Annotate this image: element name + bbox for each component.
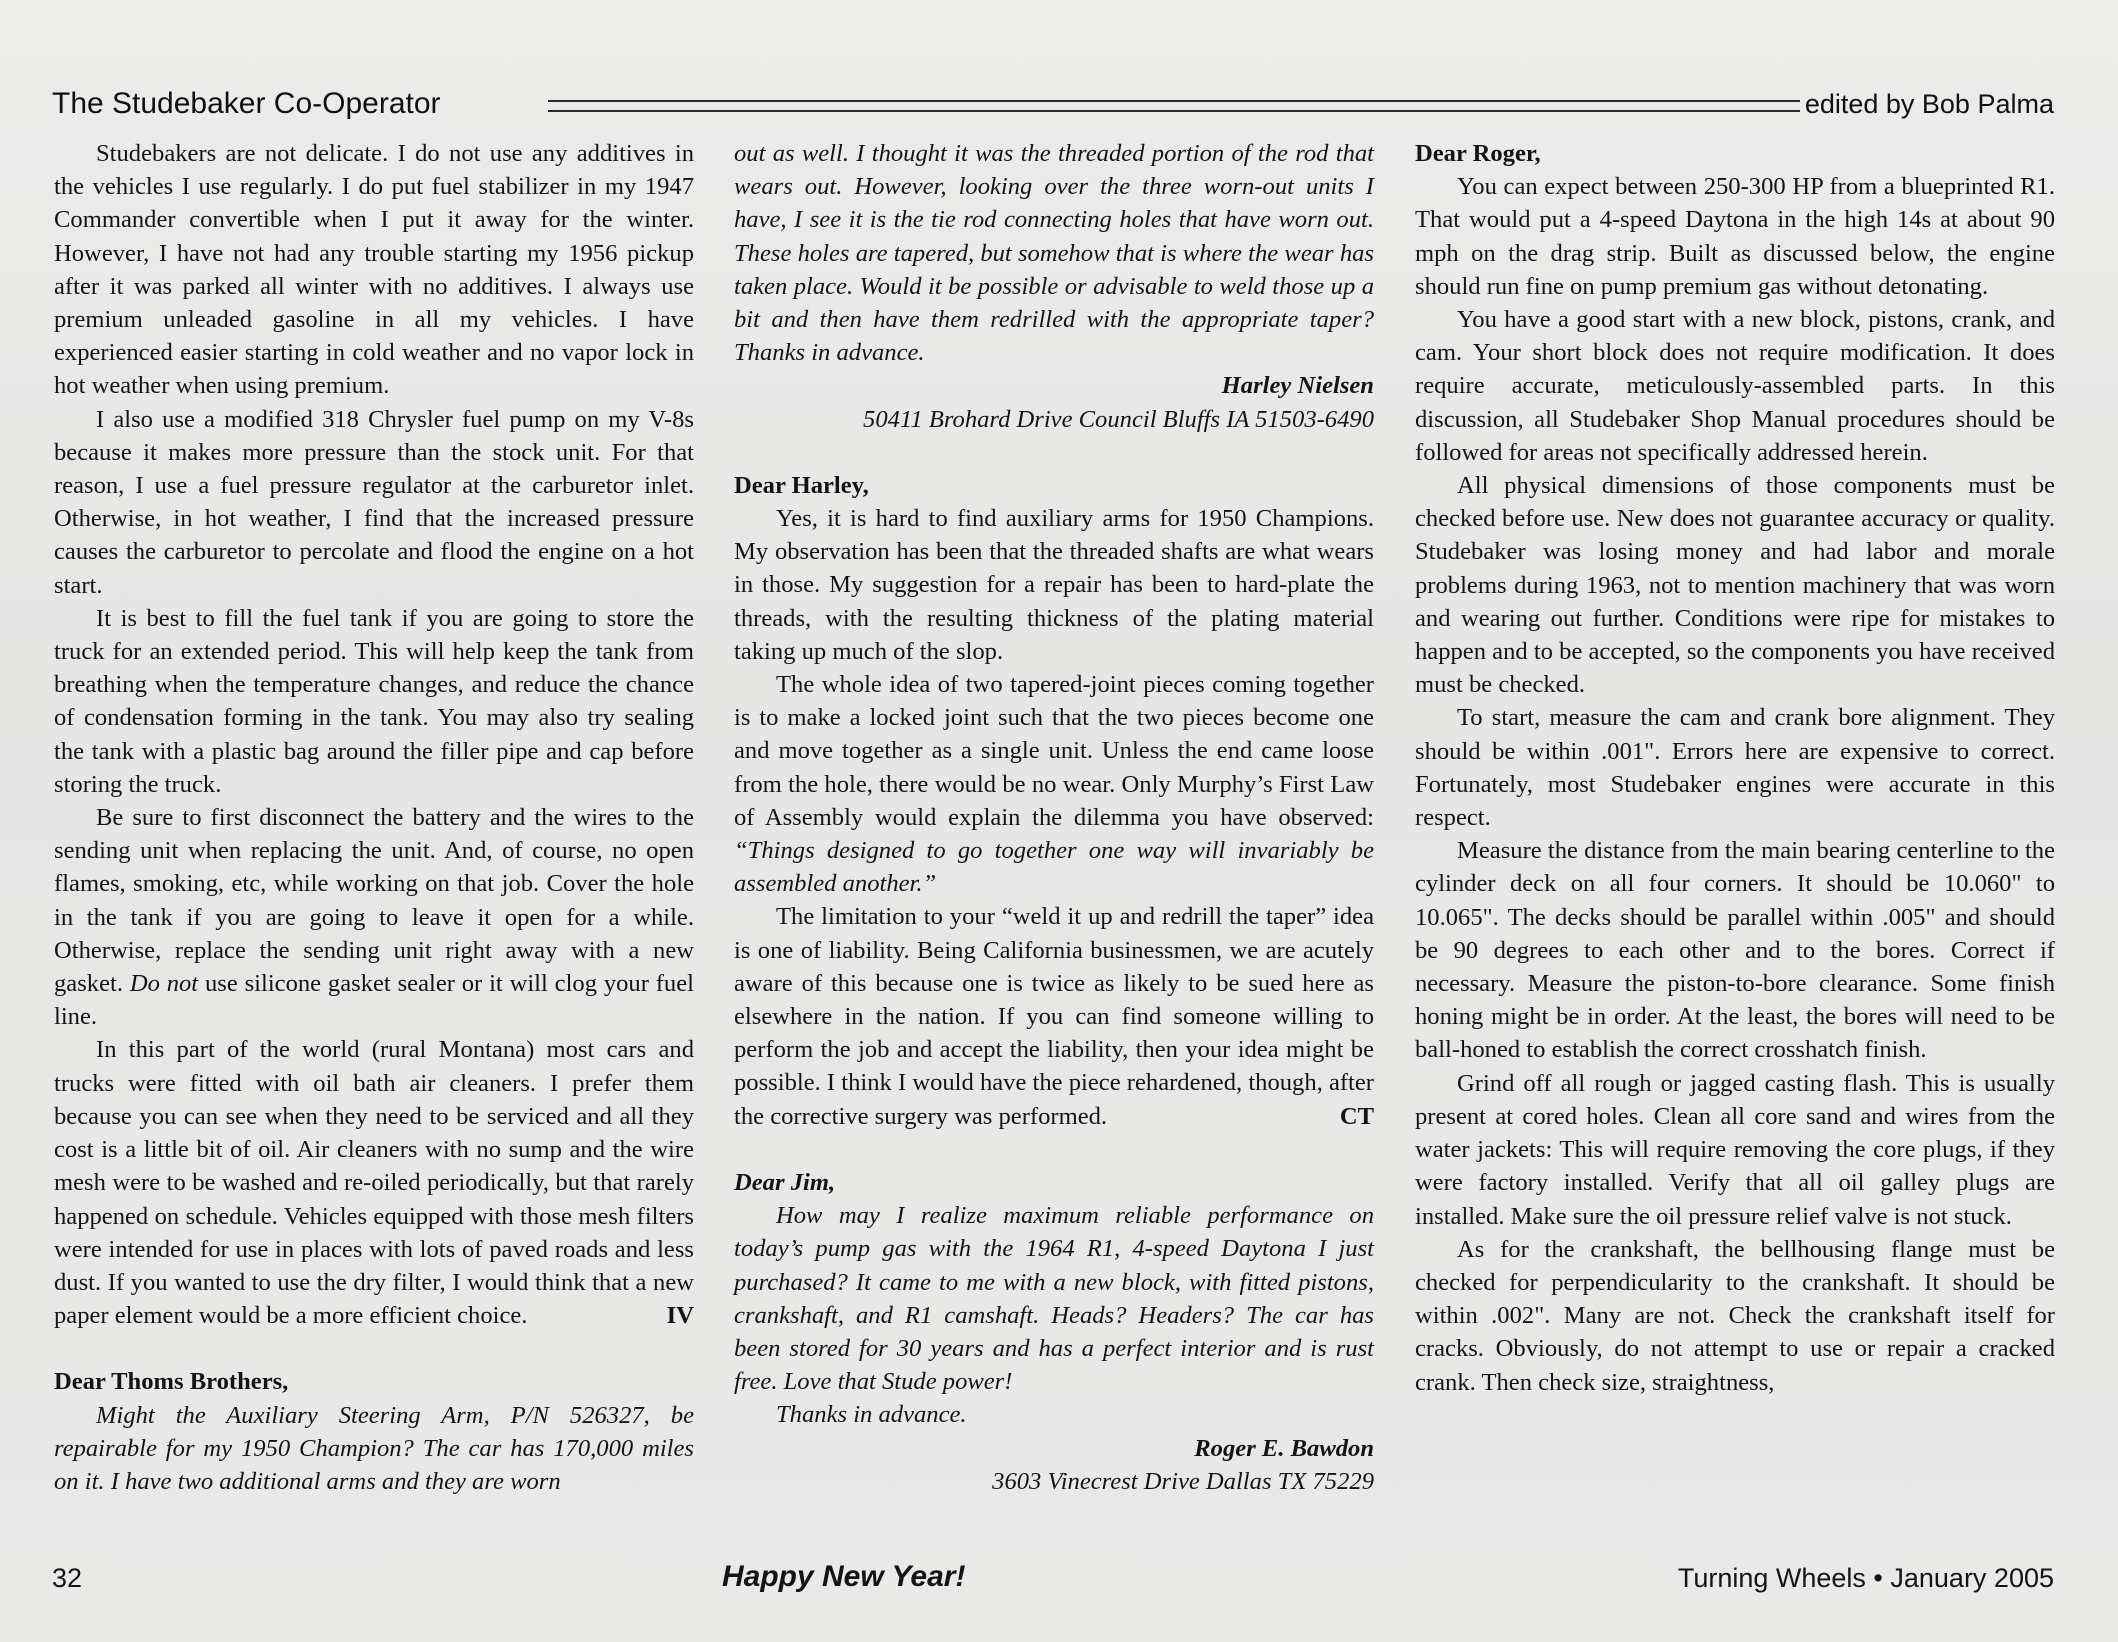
- spacer: [54, 1332, 694, 1365]
- footer-greeting: Happy New Year!: [722, 1560, 965, 1594]
- section-title: The Studebaker Co-Operator: [52, 86, 441, 122]
- author-initials: IV: [625, 1299, 694, 1332]
- paragraph: You can expect between 250-300 HP from a…: [1415, 170, 2055, 303]
- column-1: Studebakers are not delicate. I do not u…: [54, 137, 694, 1498]
- letter-address: 50411 Brohard Drive Council Bluffs IA 51…: [734, 403, 1374, 436]
- emphasis: Do not: [130, 970, 198, 997]
- reply-salutation: Dear Roger,: [1415, 137, 2055, 170]
- letter-closing: Thanks in advance.: [734, 1398, 1374, 1431]
- spacer: [734, 436, 1374, 469]
- paragraph: To start, measure the cam and crank bore…: [1415, 701, 2055, 834]
- paragraph: Grind off all rough or jagged casting fl…: [1415, 1067, 2055, 1233]
- letter-salutation: Dear Thoms Brothers,: [54, 1365, 694, 1398]
- publication-info: Turning Wheels • January 2005: [1678, 1562, 2054, 1594]
- paragraph: Measure the distance from the main beari…: [1415, 834, 2055, 1066]
- reply-salutation: Dear Harley,: [734, 469, 1374, 502]
- article-body: Studebakers are not delicate. I do not u…: [54, 137, 2054, 1537]
- quote: “Things designed to go together one way …: [734, 837, 1374, 897]
- page-header: The Studebaker Co-Operator edited by Bob…: [52, 86, 2054, 126]
- paragraph: In this part of the world (rural Montana…: [54, 1033, 694, 1332]
- paragraph: The whole idea of two tapered-joint piec…: [734, 668, 1374, 900]
- paragraph: Be sure to first disconnect the battery …: [54, 801, 694, 1033]
- editor-credit: edited by Bob Palma: [1805, 86, 2054, 122]
- paragraph: As for the crankshaft, the bellhousing f…: [1415, 1233, 2055, 1399]
- letter-signature: Harley Nielsen: [734, 369, 1374, 402]
- paragraph: All physical dimensions of those compone…: [1415, 469, 2055, 701]
- author-initials: CT: [1298, 1100, 1374, 1133]
- letter-body: How may I realize maximum reliable perfo…: [734, 1199, 1374, 1398]
- page-number: 32: [52, 1562, 82, 1594]
- paragraph: Yes, it is hard to find auxiliary arms f…: [734, 502, 1374, 668]
- letter-body: out as well. I thought it was the thread…: [734, 137, 1374, 369]
- letter-address: 3603 Vinecrest Drive Dallas TX 75229: [734, 1465, 1374, 1498]
- letter-salutation: Dear Jim,: [734, 1166, 1374, 1199]
- paragraph: Studebakers are not delicate. I do not u…: [54, 137, 694, 403]
- paragraph: The limitation to your “weld it up and r…: [734, 900, 1374, 1132]
- letter-body: Might the Auxiliary Steering Arm, P/N 52…: [54, 1399, 694, 1499]
- header-double-rule: [548, 100, 1800, 112]
- column-3: Dear Roger, You can expect between 250-3…: [1415, 137, 2055, 1399]
- paragraph: It is best to fill the fuel tank if you …: [54, 602, 694, 801]
- column-2: out as well. I thought it was the thread…: [734, 137, 1374, 1498]
- paragraph: You have a good start with a new block, …: [1415, 303, 2055, 469]
- paragraph: I also use a modified 318 Chrysler fuel …: [54, 403, 694, 602]
- letter-signature: Roger E. Bawdon: [734, 1432, 1374, 1465]
- spacer: [734, 1133, 1374, 1166]
- magazine-page: The Studebaker Co-Operator edited by Bob…: [0, 0, 2118, 1642]
